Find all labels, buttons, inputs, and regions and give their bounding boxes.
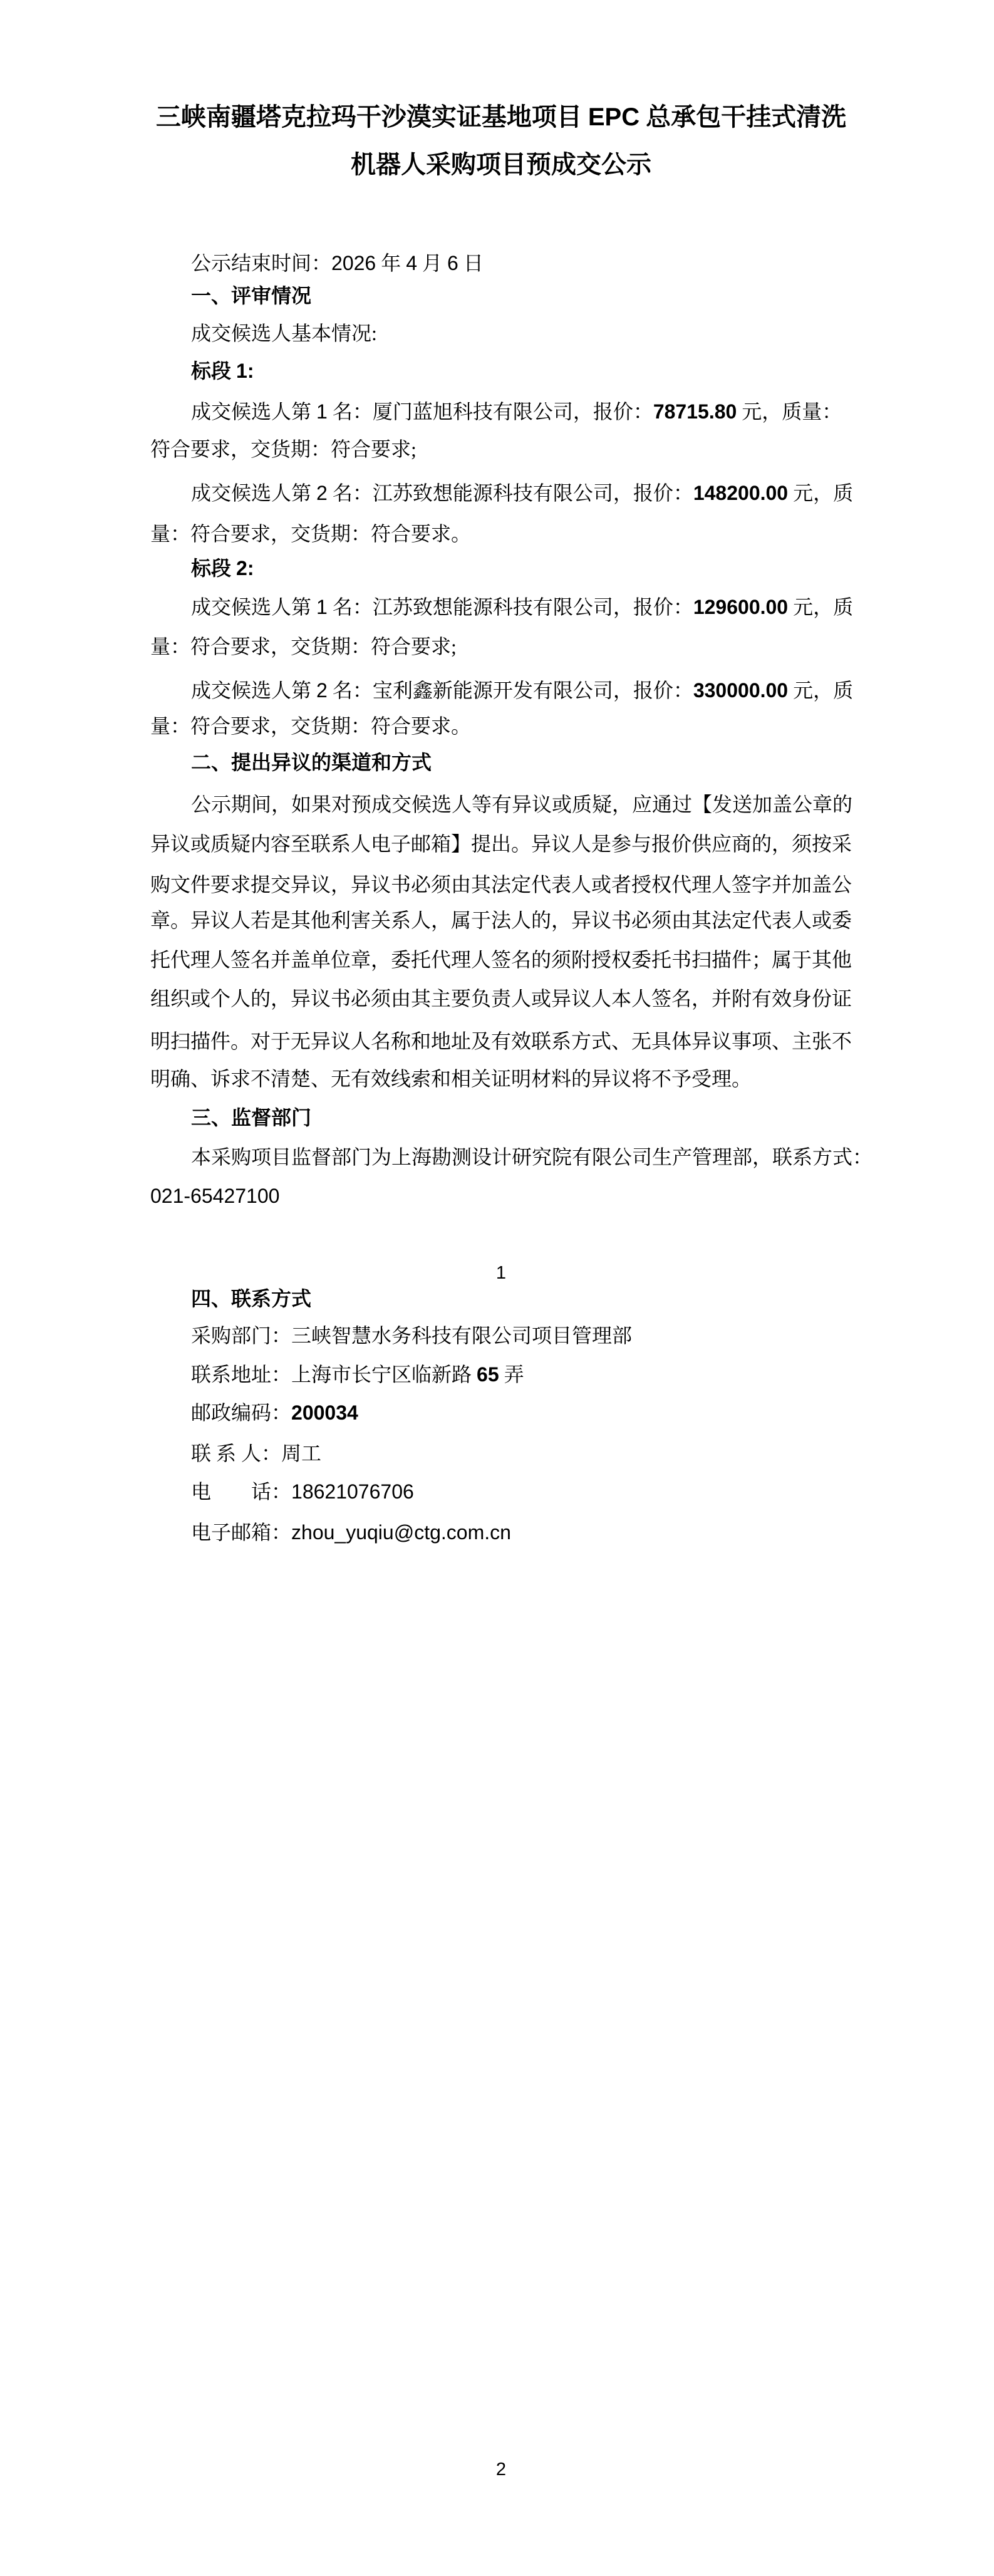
document-line: 成交候选人第 1 名：江苏致想能源科技有限公司，报价：129600.00 元，质 <box>191 596 853 619</box>
text-run: 三峡南疆塔克拉玛干沙漠实证基地项目 <box>156 103 588 131</box>
title-line-2: 机器人采购项目预成交公示 <box>150 150 852 179</box>
text-run: 邮政编码： <box>191 1401 291 1424</box>
text-run: 弄 <box>499 1363 524 1386</box>
text-run: 元，质 <box>788 679 853 702</box>
lot-1-heading: 标段 1: <box>191 360 254 383</box>
text-run: 公示结束时间： <box>191 252 331 274</box>
contact-address-line: 联系地址：上海市长宁区临新路 65 弄 <box>191 1363 524 1386</box>
text-run: 量：符合要求，交货期：符合要求; <box>150 635 457 658</box>
document-line: 托代理人签名并盖单位章，委托代理人签名的须附授权委托书扫描件；属于其他 <box>150 948 852 972</box>
text-run: 组织或个人的，异议书必须由其主要负责人或异议人本人签名，并附有效身份证 <box>150 987 852 1010</box>
contact-phone-line: 电 话：18621076706 <box>191 1480 414 1504</box>
text-run: 标段 <box>191 557 236 579</box>
text-run: 成交候选人第 <box>191 400 316 423</box>
text-run: 日 <box>458 252 484 274</box>
text-run: 2 <box>316 482 328 504</box>
document-line: 明确、诉求不清楚、无有效线索和相关证明材料的异议将不予受理。 <box>150 1067 752 1091</box>
title-line-1: 三峡南疆塔克拉玛干沙漠实证基地项目 EPC 总承包干挂式清洗 <box>150 103 852 132</box>
text-run: 2: <box>236 557 254 579</box>
text-run: 名：江苏致想能源科技有限公司，报价： <box>328 596 693 618</box>
text-run: 电 话： <box>191 1480 291 1503</box>
text-run: 明扫描件。对于无异议人名称和地址及有效联系方式、无具体异议事项、主张不 <box>150 1030 852 1052</box>
section-1-heading: 一、评审情况 <box>191 284 311 308</box>
text-run: zhou_yuqiu@ctg.com.cn <box>291 1521 511 1544</box>
text-run: 65 <box>477 1363 499 1386</box>
text-run: 量：符合要求，交货期：符合要求。 <box>150 715 471 737</box>
text-run: 采购部门：三峡智慧水务科技有限公司项目管理部 <box>191 1324 632 1347</box>
section-2-heading: 二、提出异议的渠道和方式 <box>191 751 432 774</box>
text-run: 2 <box>496 2459 506 2480</box>
text-run: 成交候选人第 <box>191 482 316 504</box>
text-run: 本采购项目监督部门为上海勘测设计研究院有限公司生产管理部，联系方式： <box>191 1146 872 1168</box>
text-run: 月 <box>417 252 447 274</box>
page-number-1: 1 <box>150 1263 852 1284</box>
text-run: 4 <box>406 252 417 274</box>
document-line: 量：符合要求，交货期：符合要求。 <box>150 522 471 546</box>
contact-person-line: 联 系 人：周工 <box>191 1442 321 1465</box>
text-run: 1: <box>236 360 254 382</box>
document-line: 组织或个人的，异议书必须由其主要负责人或异议人本人签名，并附有效身份证 <box>150 987 852 1010</box>
document-line: 购文件要求提交异议，异议书必须由其法定代表人或者授权代理人签字并加盖公 <box>150 873 852 896</box>
text-run: 明确、诉求不清楚、无有效线索和相关证明材料的异议将不予受理。 <box>150 1067 752 1090</box>
contact-postcode-line: 邮政编码：200034 <box>191 1401 358 1425</box>
section-3-heading: 三、监督部门 <box>191 1106 311 1130</box>
text-run: 成交候选人第 <box>191 679 316 702</box>
text-run: 1 <box>316 400 328 423</box>
text-run: 四、联系方式 <box>191 1287 311 1310</box>
text-run: 78715.80 <box>653 400 737 423</box>
text-run: 名：宝利鑫新能源开发有限公司，报价： <box>328 679 693 702</box>
document-page: 三峡南疆塔克拉玛干沙漠实证基地项目 EPC 总承包干挂式清洗机器人采购项目预成交… <box>0 0 994 2576</box>
text-run: 联 系 人：周工 <box>191 1442 321 1465</box>
text-run: 名：厦门蓝旭科技有限公司，报价： <box>328 400 653 423</box>
text-run: 成交候选人基本情况: <box>191 322 377 345</box>
document-line: 本采购项目监督部门为上海勘测设计研究院有限公司生产管理部，联系方式： <box>191 1146 872 1169</box>
end-time-line: 公示结束时间：2026 年 4 月 6 日 <box>191 252 484 275</box>
text-run: 总承包干挂式清洗 <box>639 103 846 131</box>
text-run: 机器人采购项目预成交公示 <box>351 150 651 179</box>
document-line: 公示期间，如果对预成交候选人等有异议或质疑，应通过【发送加盖公章的 <box>191 793 852 816</box>
document-line: 量：符合要求，交货期：符合要求; <box>150 635 457 658</box>
text-run: 三、监督部门 <box>191 1106 311 1129</box>
text-run: 托代理人签名并盖单位章，委托代理人签名的须附授权委托书扫描件；属于其他 <box>150 948 852 971</box>
text-run: 1 <box>496 1263 506 1283</box>
document-line: 符合要求，交货期：符合要求; <box>150 438 417 461</box>
text-run: 异议或质疑内容至联系人电子邮箱】提出。异议人是参与报价供应商的，须按采 <box>150 833 852 855</box>
text-run: 一、评审情况 <box>191 284 311 307</box>
supervision-phone-line: 021-65427100 <box>150 1185 279 1208</box>
page-number-2: 2 <box>150 2459 852 2480</box>
document-line: 成交候选人基本情况: <box>191 322 377 345</box>
text-run: 年 <box>376 252 406 274</box>
text-run: 成交候选人第 <box>191 596 316 618</box>
text-run: 129600.00 <box>693 596 788 618</box>
text-run: 200034 <box>291 1401 358 1424</box>
contact-department-line: 采购部门：三峡智慧水务科技有限公司项目管理部 <box>191 1324 632 1348</box>
text-run: 名：江苏致想能源科技有限公司，报价： <box>328 482 693 504</box>
text-run: 量：符合要求，交货期：符合要求。 <box>150 522 471 545</box>
text-run: 电子邮箱： <box>191 1521 291 1544</box>
text-run: 18621076706 <box>291 1480 414 1503</box>
text-run: 章。异议人若是其他利害关系人，属于法人的，异议书必须由其法定代表人或委 <box>150 909 852 932</box>
text-run: 6 <box>447 252 458 274</box>
document-line: 量：符合要求，交货期：符合要求。 <box>150 715 471 738</box>
document-line: 章。异议人若是其他利害关系人，属于法人的，异议书必须由其法定代表人或委 <box>150 909 852 932</box>
text-run: 1 <box>316 596 328 618</box>
text-run: 元，质量： <box>737 400 842 423</box>
text-run: 2 <box>316 679 328 702</box>
text-run: 330000.00 <box>693 679 788 702</box>
text-run: 元，质 <box>788 596 853 618</box>
text-run: 标段 <box>191 360 236 382</box>
text-run: 元，质 <box>788 482 853 504</box>
contact-email-line: 电子邮箱：zhou_yuqiu@ctg.com.cn <box>191 1521 511 1544</box>
text-run: EPC <box>588 103 639 131</box>
lot-2-heading: 标段 2: <box>191 557 254 580</box>
text-run: 二、提出异议的渠道和方式 <box>191 751 432 774</box>
text-run: 148200.00 <box>693 482 788 504</box>
document-line: 明扫描件。对于无异议人名称和地址及有效联系方式、无具体异议事项、主张不 <box>150 1030 852 1053</box>
text-run: 公示期间，如果对预成交候选人等有异议或质疑，应通过【发送加盖公章的 <box>191 793 852 816</box>
text-run: 2026 <box>331 252 376 274</box>
document-line: 成交候选人第 2 名：江苏致想能源科技有限公司，报价：148200.00 元，质 <box>191 482 853 505</box>
document-line: 异议或质疑内容至联系人电子邮箱】提出。异议人是参与报价供应商的，须按采 <box>150 833 852 856</box>
section-4-heading: 四、联系方式 <box>191 1287 311 1311</box>
document-line: 成交候选人第 2 名：宝利鑫新能源开发有限公司，报价：330000.00 元，质 <box>191 679 853 702</box>
document-line: 成交候选人第 1 名：厦门蓝旭科技有限公司，报价：78715.80 元，质量： <box>191 400 842 423</box>
text-run: 符合要求，交货期：符合要求; <box>150 438 417 460</box>
text-run: 联系地址：上海市长宁区临新路 <box>191 1363 477 1386</box>
text-run: 021-65427100 <box>150 1185 279 1207</box>
text-run: 购文件要求提交异议，异议书必须由其法定代表人或者授权代理人签字并加盖公 <box>150 873 852 896</box>
